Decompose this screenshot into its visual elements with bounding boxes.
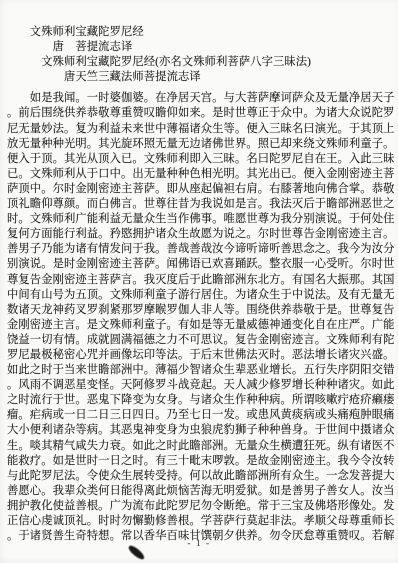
text-line: 中间有山号为五顶。文殊师利童子游行居住。为诸众生于中说法。及有无量无 — [7, 288, 395, 303]
text-line: 瘤。疟病或一日二日三日四日。乃至七日一发。或患风黄痰病或头痛疱肿眼痛 — [7, 408, 395, 423]
text-line: 别演说。是时金刚密迹主菩萨。闻佛语已欢喜踊跃。整衣服一心受听。尔时世 — [7, 257, 395, 272]
text-line: 已。文殊师利从于口中。出无量种种色相光明。其光出已。便入金刚密迹主菩 — [7, 167, 395, 182]
text-line: 文殊师利宝藏陀罗尼经(亦名文殊师利菩萨八字三昧法) — [7, 55, 395, 70]
text-line: 拥护教化使益善根。广为流布此陀罗尼勿令断绝。常于三宝及佛塔形像处。发 — [7, 499, 395, 514]
text-line: 生。啖其精气咸失力衰。如此之时此瞻部洲。无量众生横遭狂死。纵有诸医不 — [7, 439, 395, 454]
text-line: 罗尼最极秘密心咒并画像坛印等法。于后末世佛法灭时。恶法增长诸灾兴盛。 — [7, 348, 395, 363]
text-line: 如是我闻。一时婆伽婆。在净居天宫。与大菩萨摩诃萨众及无量净居天子 — [7, 91, 395, 106]
text-line: 善男子乃能为诸有情发问于我。善哉善哉汝今谛听谛听善思念之。我今为汝分 — [7, 242, 395, 257]
text-line: 尊复告金刚密迹主菩萨言。我灭度后于此瞻部洲东北方。有国名大振那。其国 — [7, 273, 395, 288]
text-line: 时。文殊师利广能利益无量众生当作佛事。唯愿世尊为我分别演说。于何处住 — [7, 212, 395, 227]
text-line: 文殊师利宝藏陀罗尼经 — [7, 25, 395, 40]
sutra-scan-page: 文殊师利宝藏陀罗尼经唐 菩提流志译文殊师利宝藏陀罗尼经(亦名文殊师利菩萨八字三昧… — [0, 0, 398, 563]
text-line: 如此之时于当来世瞻部洲中。薄福少智诸众生辈恶业增长。五行失序阴阳交错 — [7, 363, 395, 378]
text-line: 善愿心。我辈众类何日能得离此烦恼苦海无明爱狱。如是善男子善女人。汝当 — [7, 484, 395, 499]
text-line: 尼无量妙法。复为利益未来世中薄福诸众生等。便入三昧名曰演光。于其顶上 — [7, 122, 395, 137]
text-line: 放无量种种光明。其光旋环照无量无边诸佛世界。照已却来绕文殊师利童子。 — [7, 137, 395, 152]
text-line: 与此陀罗尼法。令使众生展转受持。何以故此瞻部洲所有众生。一念发菩提大 — [7, 469, 395, 484]
text-line: 萨顶中。尔时金刚密迹主菩萨。即从座起偏袒右肩。右膝著地向佛合掌。恭敬 — [7, 182, 395, 197]
sutra-text-block: 文殊师利宝藏陀罗尼经唐 菩提流志译文殊师利宝藏陀罗尼经(亦名文殊师利菩萨八字三昧… — [7, 25, 395, 544]
text-line: 大小便利诸杂等病。其恶鬼神变身为虫狼虎豹狮子种种兽身。于世间中摄诸众 — [7, 423, 395, 438]
page-number: - 1 - — [0, 539, 398, 549]
text-line: 正信心虔诚顶礼。时时勿懈勤修善根。学菩萨行莫起非法。孝顺父母尊重师长 — [7, 514, 395, 529]
text-line: 。风雨不调恶星变怪。天阿修罗斗战竞起。天人减少修罗增长种种诸灾。如此 — [7, 378, 395, 393]
text-line: 便入于顶。其光从顶入已。文殊师利即入三昧。名曰陀罗尼自在王。入此三昧 — [7, 152, 395, 167]
text-line: 金刚密迹主言。是文殊师利童子。有如是等无量威德神通变化自在庄严。广能 — [7, 318, 395, 333]
text-line: 之时流行于世。恶鬼下降变为女身。与诸众生作种种病。所谓咳嗽疔疮疥癞瘘 — [7, 393, 395, 408]
text-line: 唐天竺三藏法师菩提流志译 — [7, 70, 395, 85]
text-line: 唐 菩提流志译 — [7, 40, 395, 55]
text-line: 饶益一切有情。成就圆满福德之力不可思议。复告金刚密迹言。文殊师利有陀 — [7, 333, 395, 348]
text-line: 数诸天龙神药叉罗刹紧那罗摩睺罗伽人非人等。围绕供养恭敬于是。世尊复告 — [7, 303, 395, 318]
text-line: 复何方面能行利益。矜愍拥护诸众生故愿为说之。尔时世尊告金刚密迹主言。 — [7, 227, 395, 242]
text-line: 顶礼瞻仰尊颜。而白佛言。世尊往昔为我说如是言。我法灭后于瞻部洲恶世之 — [7, 197, 395, 212]
text-line: 。前后围绕供养恭敬尊重赞叹瞻仰如来。是时世尊正于众中。为诸大众说陀罗 — [7, 106, 395, 121]
text-line: 能救疗。如是世时一日之时。有三十毗末啰敦。是故金刚密迹主。我今令汝转 — [7, 454, 395, 469]
